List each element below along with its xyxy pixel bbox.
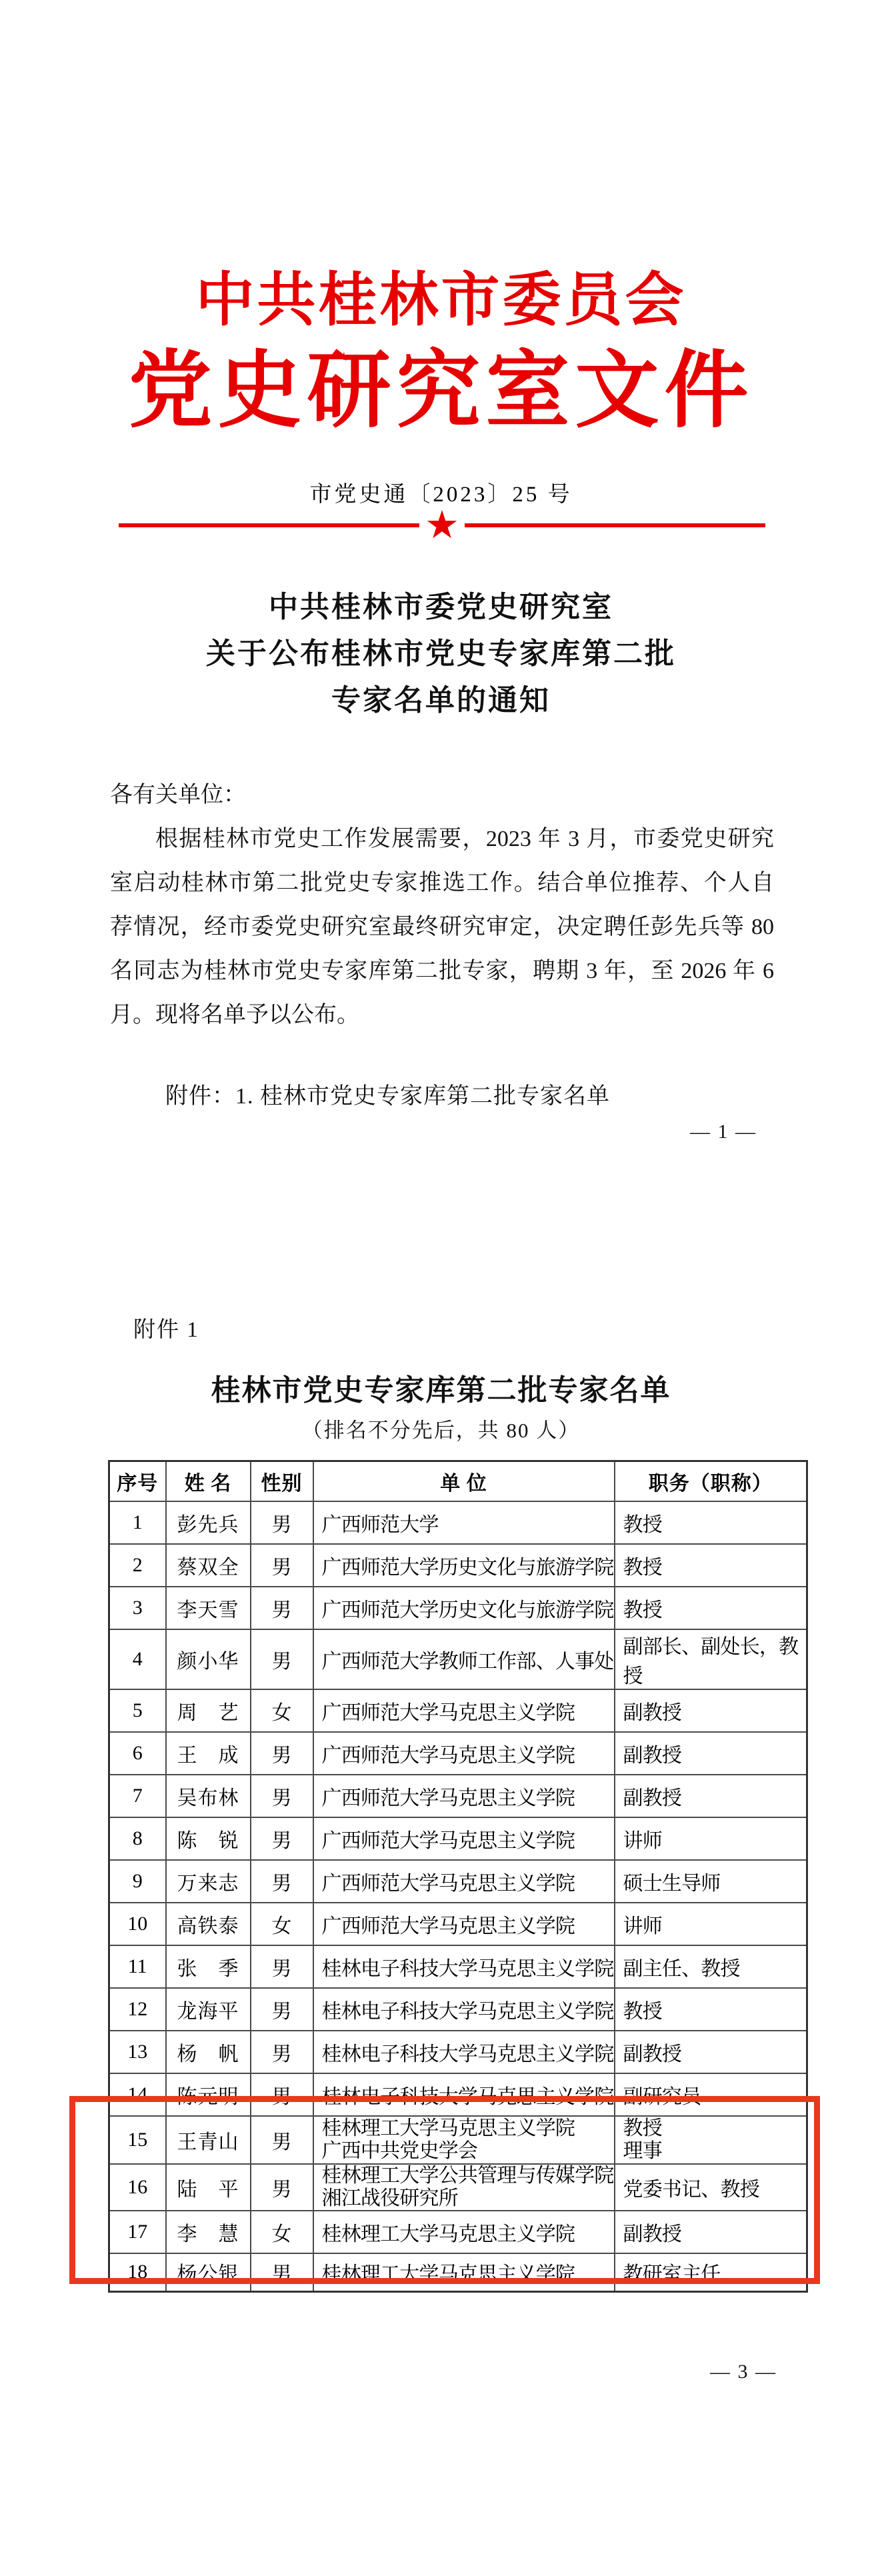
cell-title: 硕士生导师 bbox=[615, 1860, 807, 1903]
cell-gender: 男 bbox=[251, 1945, 313, 1988]
cell-title: 讲师 bbox=[615, 1903, 807, 1945]
column-header: 单 位 bbox=[313, 1461, 615, 1501]
cell-title: 教研室主任 bbox=[615, 2253, 807, 2292]
cell-unit: 广西师范大学马克思主义学院 bbox=[313, 1732, 615, 1775]
cell-index: 18 bbox=[109, 2253, 166, 2292]
notice-title-line2: 关于公布桂林市党史专家库第二批 bbox=[0, 631, 882, 677]
document-page: { "colors":{"accent_red":"#e60000","high… bbox=[0, 0, 882, 2576]
cell-unit: 桂林理工大学马克思主义学院 bbox=[313, 2253, 615, 2292]
cell-name: 李天雪 bbox=[166, 1587, 251, 1629]
cell-index: 4 bbox=[109, 1629, 166, 1689]
salutation: 各有关单位： bbox=[110, 773, 246, 817]
cell-name: 杨 帆 bbox=[166, 2031, 251, 2073]
cell-unit: 广西师范大学马克思主义学院 bbox=[313, 1817, 615, 1860]
cell-unit-line: 广西中共党史学会 bbox=[322, 2140, 614, 2163]
cell-name: 张 季 bbox=[166, 1945, 251, 1988]
cell-index: 2 bbox=[109, 1544, 166, 1587]
cell-unit: 桂林电子科技大学马克思主义学院 bbox=[313, 2031, 615, 2073]
column-header: 序号 bbox=[109, 1461, 166, 1501]
cell-gender: 男 bbox=[251, 2031, 313, 2073]
cell-name: 王 成 bbox=[166, 1732, 251, 1775]
cell-gender: 男 bbox=[251, 2253, 313, 2292]
cell-name: 颜小华 bbox=[166, 1629, 251, 1689]
cell-gender: 男 bbox=[251, 2164, 313, 2211]
cell-title: 教授理事 bbox=[615, 2116, 807, 2164]
cell-unit: 桂林理工大学马克思主义学院 bbox=[313, 2211, 615, 2253]
column-header: 姓 名 bbox=[166, 1461, 251, 1501]
cell-title: 副教授 bbox=[615, 1775, 807, 1817]
cell-index: 14 bbox=[109, 2073, 166, 2116]
cell-name: 陈 锐 bbox=[166, 1817, 251, 1860]
table-row: 7吴布林男广西师范大学马克思主义学院副教授 bbox=[109, 1775, 807, 1817]
cell-unit: 广西师范大学教师工作部、人事处 bbox=[313, 1629, 615, 1689]
cell-name: 高铁泰 bbox=[166, 1903, 251, 1945]
body-line: 荐情况，经市委党史研究室最终研究审定，决定聘任彭先兵等 80 bbox=[110, 905, 774, 949]
table-row: 16陆 平男桂林理工大学公共管理与传媒学院湘江战役研究所党委书记、教授 bbox=[109, 2164, 807, 2211]
cell-gender: 男 bbox=[251, 1988, 313, 2031]
page-number-1: — 1 — bbox=[667, 1117, 780, 1147]
column-header: 职务（职称） bbox=[615, 1461, 807, 1501]
cell-index: 6 bbox=[109, 1732, 166, 1775]
annex-label: 附件 1 bbox=[133, 1308, 199, 1352]
cell-unit: 广西师范大学马克思主义学院 bbox=[313, 1689, 615, 1732]
cell-index: 17 bbox=[109, 2211, 166, 2253]
notice-body: 根据桂林市党史工作发展需要，2023 年 3 月，市委党史研究室启动桂林市第二批… bbox=[110, 817, 774, 1037]
cell-unit: 广西师范大学历史文化与旅游学院 bbox=[313, 1544, 615, 1587]
table-row: 15王青山男桂林理工大学马克思主义学院广西中共党史学会教授理事 bbox=[109, 2116, 807, 2164]
cell-unit: 桂林电子科技大学马克思主义学院 bbox=[313, 1988, 615, 2031]
table-row: 4颜小华男广西师范大学教师工作部、人事处副部长、副处长，教授 bbox=[109, 1629, 807, 1689]
notice-title-line1: 中共桂林市委党史研究室 bbox=[0, 584, 882, 631]
cell-index: 10 bbox=[109, 1903, 166, 1945]
cell-unit: 桂林理工大学公共管理与传媒学院湘江战役研究所 bbox=[313, 2164, 615, 2211]
cell-name: 杨公银 bbox=[166, 2253, 251, 2292]
cell-name: 周 艺 bbox=[166, 1689, 251, 1732]
page-number-3: — 3 — bbox=[687, 2357, 800, 2387]
cell-name: 陈元明 bbox=[166, 2073, 251, 2116]
cell-title: 副教授 bbox=[615, 2211, 807, 2253]
expert-list-subtitle: （排名不分先后，共 80 人） bbox=[0, 1419, 882, 1443]
cell-gender: 男 bbox=[251, 1775, 313, 1817]
body-line: 月。现将名单予以公布。 bbox=[110, 993, 774, 1037]
cell-title: 党委书记、教授 bbox=[615, 2164, 807, 2211]
table-row: 2蔡双全男广西师范大学历史文化与旅游学院教授 bbox=[109, 1544, 807, 1587]
cell-gender: 男 bbox=[251, 1629, 313, 1689]
cell-title: 副主任、教授 bbox=[615, 1945, 807, 1988]
cell-title: 副教授 bbox=[615, 2031, 807, 2073]
cell-index: 8 bbox=[109, 1817, 166, 1860]
cell-index: 13 bbox=[109, 2031, 166, 2073]
cell-title-line: 教授 bbox=[623, 2117, 807, 2140]
attachment-reference-line: 附件：1. 桂林市党史专家库第二批专家名单 bbox=[165, 1075, 610, 1119]
table-row: 13杨 帆男桂林电子科技大学马克思主义学院副教授 bbox=[109, 2031, 807, 2073]
body-line: 室启动桂林市第二批党史专家推选工作。结合单位推荐、个人自 bbox=[110, 861, 774, 905]
cell-name: 龙海平 bbox=[166, 1988, 251, 2031]
cell-index: 5 bbox=[109, 1689, 166, 1732]
table-row: 9万来志男广西师范大学马克思主义学院硕士生导师 bbox=[109, 1860, 807, 1903]
cell-title: 副教授 bbox=[615, 1732, 807, 1775]
cell-title: 讲师 bbox=[615, 1817, 807, 1860]
cell-index: 7 bbox=[109, 1775, 166, 1817]
cell-gender: 男 bbox=[251, 1732, 313, 1775]
cell-unit: 桂林理工大学马克思主义学院广西中共党史学会 bbox=[313, 2116, 615, 2164]
cell-title: 教授 bbox=[615, 1988, 807, 2031]
letterhead-org-line2: 党史研究室文件 bbox=[0, 345, 882, 439]
cell-title: 副教授 bbox=[615, 1689, 807, 1732]
cell-unit: 广西师范大学 bbox=[313, 1501, 615, 1544]
cell-index: 1 bbox=[109, 1501, 166, 1544]
rule-segment-right bbox=[465, 523, 765, 527]
cell-gender: 男 bbox=[251, 2073, 313, 2116]
cell-index: 3 bbox=[109, 1587, 166, 1629]
table-row: 12龙海平男桂林电子科技大学马克思主义学院教授 bbox=[109, 1988, 807, 2031]
cell-title: 副部长、副处长，教授 bbox=[615, 1629, 807, 1689]
cell-name: 万来志 bbox=[166, 1860, 251, 1903]
notice-title: 中共桂林市委党史研究室 关于公布桂林市党史专家库第二批 专家名单的通知 bbox=[0, 584, 882, 724]
table-row: 1彭先兵男广西师范大学教授 bbox=[109, 1501, 807, 1544]
cell-name: 王青山 bbox=[166, 2116, 251, 2164]
cell-name: 彭先兵 bbox=[166, 1501, 251, 1544]
cell-unit: 桂林电子科技大学马克思主义学院 bbox=[313, 2073, 615, 2116]
rule-segment-left bbox=[119, 523, 419, 527]
notice-title-line3: 专家名单的通知 bbox=[0, 677, 882, 724]
body-line: 名同志为桂林市党史专家库第二批专家，聘期 3 年，至 2026 年 6 bbox=[110, 949, 774, 993]
table-row: 14陈元明男桂林电子科技大学马克思主义学院副研究员 bbox=[109, 2073, 807, 2116]
experts-table: 序号姓 名性别单 位职务（职称） 1彭先兵男广西师范大学教授2蔡双全男广西师范大… bbox=[108, 1460, 808, 2293]
cell-gender: 男 bbox=[251, 1817, 313, 1860]
cell-unit: 广西师范大学马克思主义学院 bbox=[313, 1860, 615, 1903]
cell-gender: 男 bbox=[251, 1544, 313, 1587]
cell-gender: 男 bbox=[251, 2116, 313, 2164]
cell-unit: 广西师范大学马克思主义学院 bbox=[313, 1775, 615, 1817]
cell-title: 教授 bbox=[615, 1587, 807, 1629]
letterhead-org-line1: 中共桂林市委员会 bbox=[0, 268, 882, 335]
cell-index: 12 bbox=[109, 1988, 166, 2031]
cell-unit: 广西师范大学历史文化与旅游学院 bbox=[313, 1587, 615, 1629]
cell-gender: 男 bbox=[251, 1860, 313, 1903]
cell-gender: 男 bbox=[251, 1587, 313, 1629]
cell-index: 9 bbox=[109, 1860, 166, 1903]
cell-gender: 女 bbox=[251, 2211, 313, 2253]
cell-unit-line: 湘江战役研究所 bbox=[322, 2187, 614, 2210]
table-row: 11张 季男桂林电子科技大学马克思主义学院副主任、教授 bbox=[109, 1945, 807, 1988]
cell-index: 15 bbox=[109, 2116, 166, 2164]
body-line: 根据桂林市党史工作发展需要，2023 年 3 月，市委党史研究 bbox=[110, 817, 774, 861]
cell-name: 陆 平 bbox=[166, 2164, 251, 2211]
star-icon: ★ bbox=[425, 506, 459, 545]
cell-name: 李 慧 bbox=[166, 2211, 251, 2253]
cell-index: 16 bbox=[109, 2164, 166, 2211]
cell-title-line: 理事 bbox=[623, 2140, 807, 2163]
table-header-row: 序号姓 名性别单 位职务（职称） bbox=[109, 1461, 807, 1501]
table-row: 3李天雪男广西师范大学历史文化与旅游学院教授 bbox=[109, 1587, 807, 1629]
table-row: 8陈 锐男广西师范大学马克思主义学院讲师 bbox=[109, 1817, 807, 1860]
cell-unit: 广西师范大学马克思主义学院 bbox=[313, 1903, 615, 1945]
table-row: 6王 成男广西师范大学马克思主义学院副教授 bbox=[109, 1732, 807, 1775]
experts-table-header: 序号姓 名性别单 位职务（职称） bbox=[109, 1461, 807, 1501]
cell-index: 11 bbox=[109, 1945, 166, 1988]
cell-name: 吴布林 bbox=[166, 1775, 251, 1817]
table-row: 5周 艺女广西师范大学马克思主义学院副教授 bbox=[109, 1689, 807, 1732]
table-row: 17李 慧女桂林理工大学马克思主义学院副教授 bbox=[109, 2211, 807, 2253]
cell-title: 教授 bbox=[615, 1501, 807, 1544]
cell-title: 副研究员 bbox=[615, 2073, 807, 2116]
cell-gender: 男 bbox=[251, 1501, 313, 1544]
cell-unit: 桂林电子科技大学马克思主义学院 bbox=[313, 1945, 615, 1988]
cell-gender: 女 bbox=[251, 1903, 313, 1945]
cell-name: 蔡双全 bbox=[166, 1544, 251, 1587]
cell-unit-line: 桂林理工大学马克思主义学院 bbox=[322, 2117, 614, 2140]
expert-list-title: 桂林市党史专家库第二批专家名单 bbox=[0, 1375, 882, 1407]
cell-unit-line: 桂林理工大学公共管理与传媒学院 bbox=[322, 2165, 614, 2187]
column-header: 性别 bbox=[251, 1461, 313, 1501]
cell-title: 教授 bbox=[615, 1544, 807, 1587]
letterhead-rule: ★ bbox=[119, 505, 765, 545]
table-row: 10高铁泰女广西师范大学马克思主义学院讲师 bbox=[109, 1903, 807, 1945]
table-row: 18杨公银男桂林理工大学马克思主义学院教研室主任 bbox=[109, 2253, 807, 2292]
cell-gender: 女 bbox=[251, 1689, 313, 1732]
